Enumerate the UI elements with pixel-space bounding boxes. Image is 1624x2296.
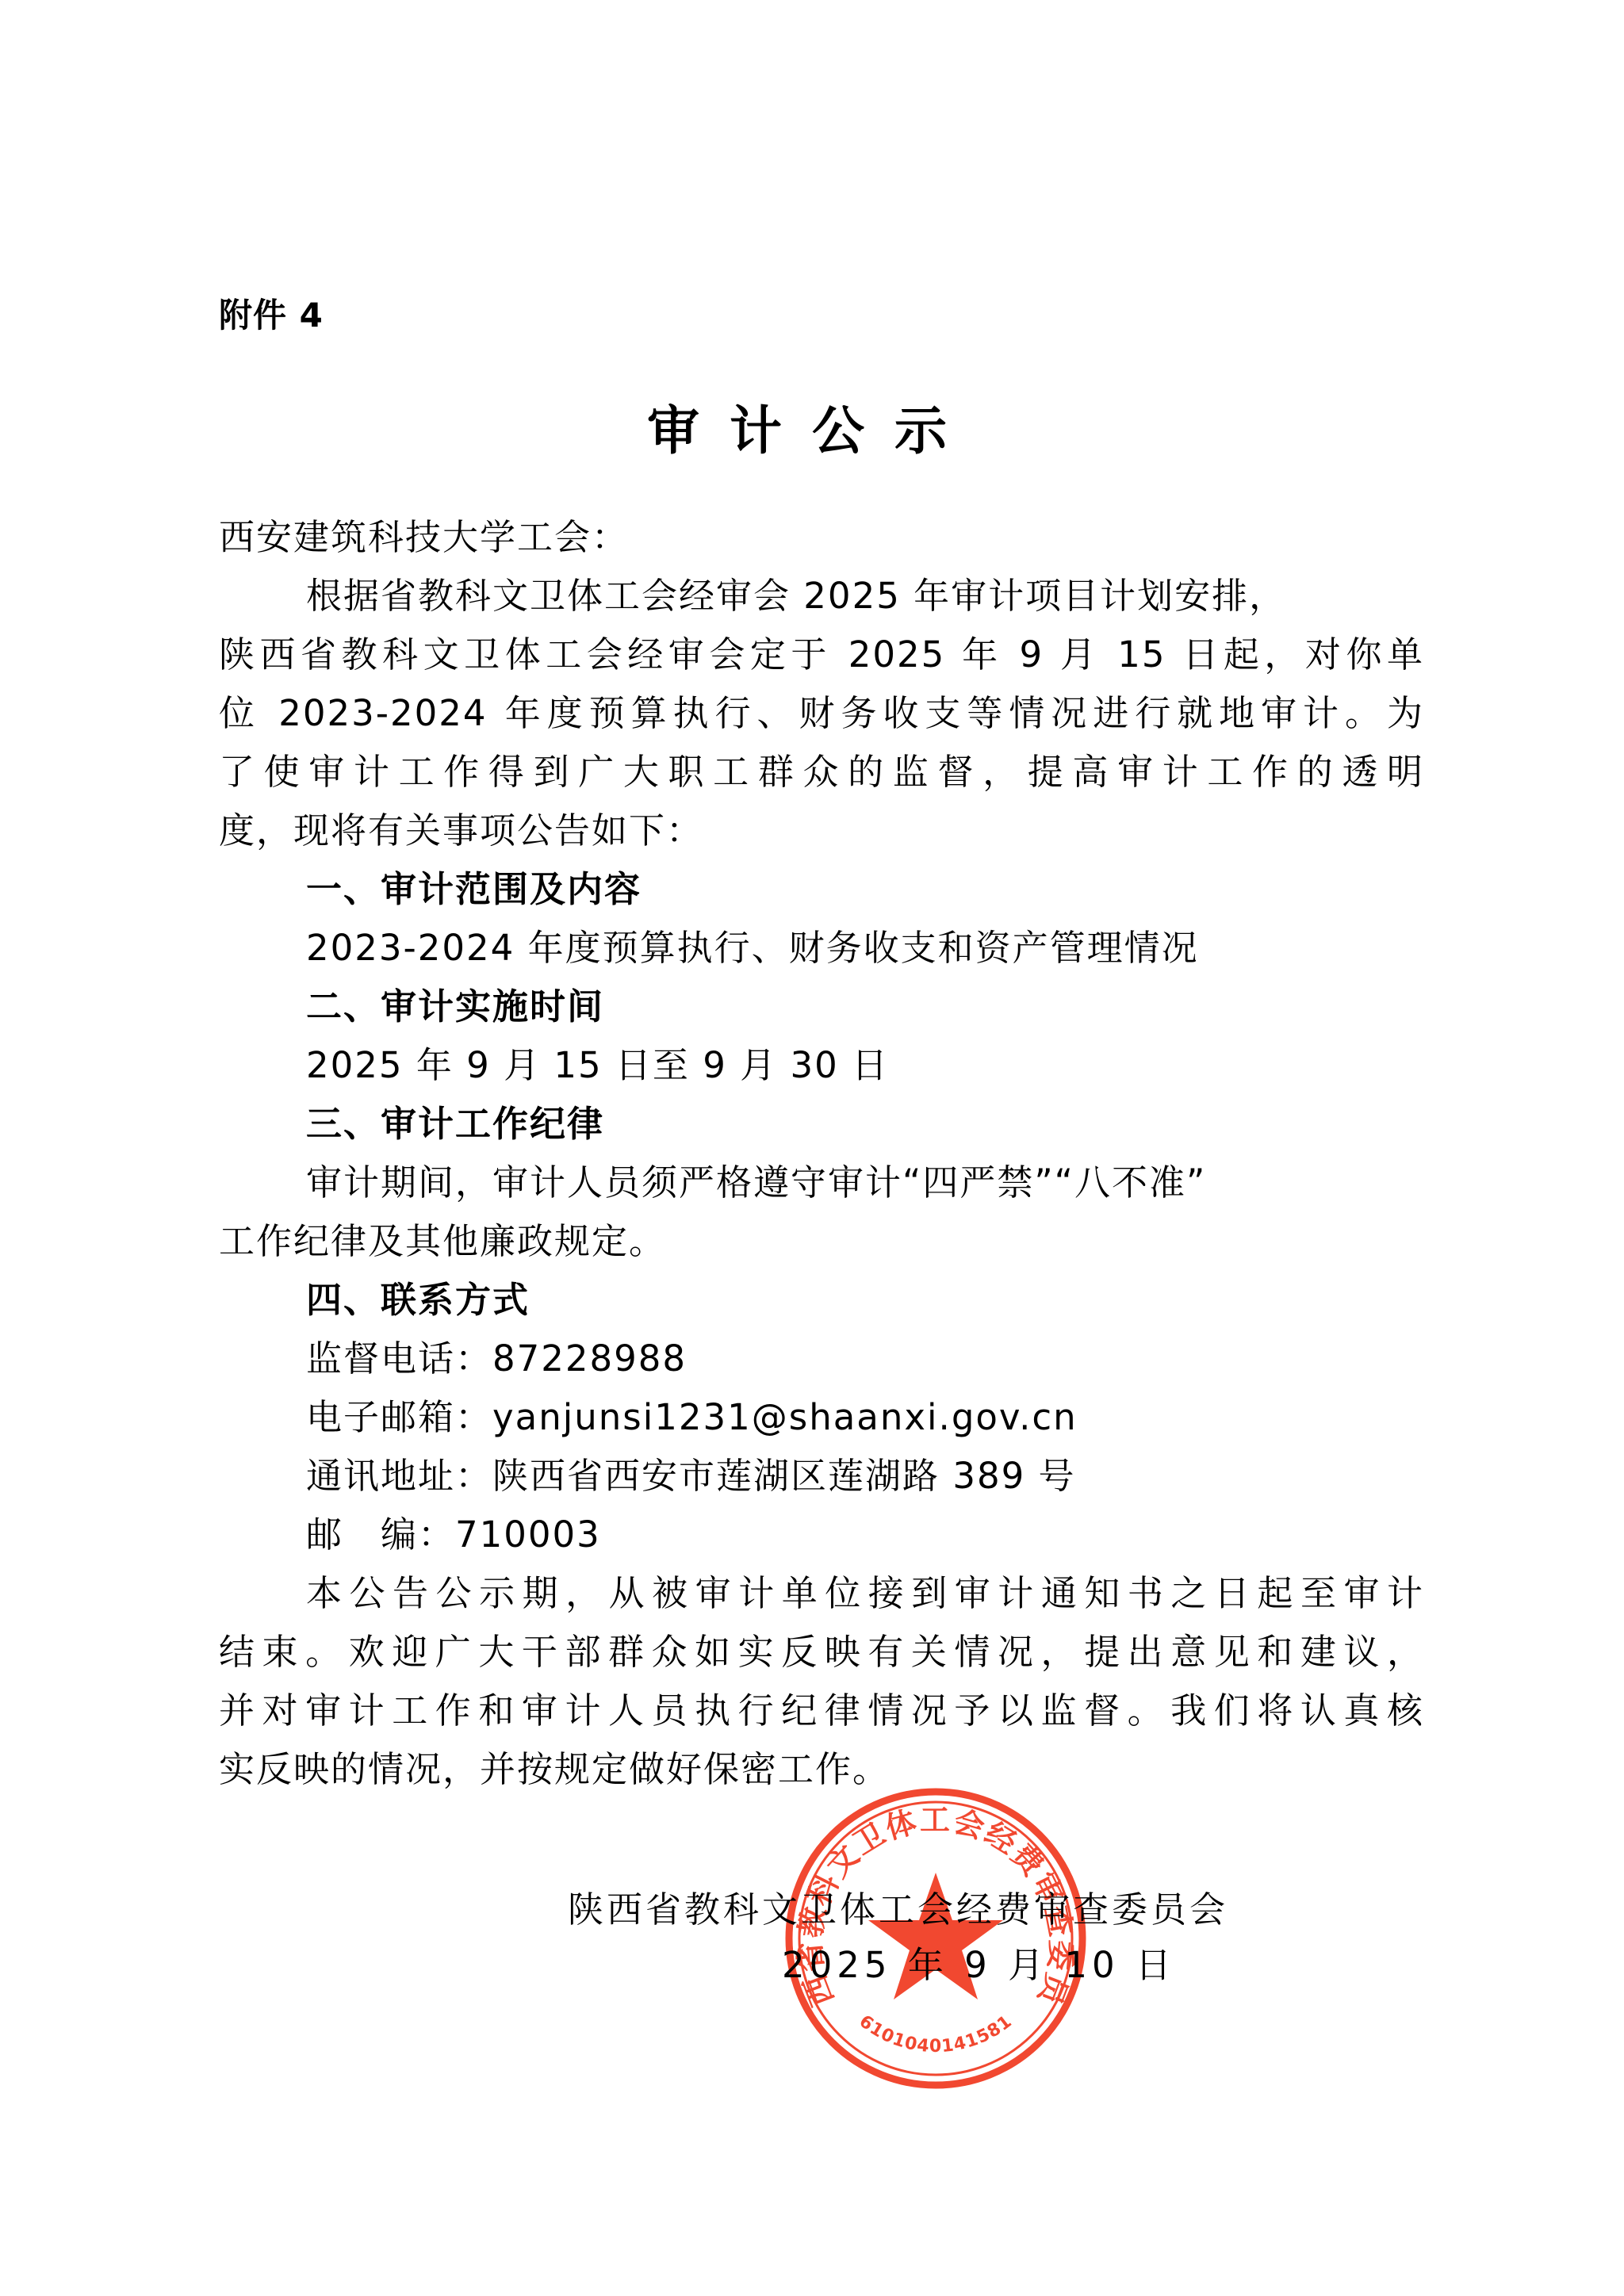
svg-text:6101040141581: 6101040141581 [856, 2011, 1017, 2057]
contact-postcode-label: 邮 编： [306, 1513, 455, 1556]
contact-address-value: 陕西省西安市莲湖区莲湖路 389 号 [492, 1455, 1076, 1497]
recipient: 西安建筑科技大学工会： [219, 514, 629, 561]
intro-line: 陕西省教科文卫体工会经审会定于 2025 年 9 月 15 日起，对你单 [219, 631, 1424, 679]
contact-phone: 监督电话：87228988 [306, 1335, 687, 1383]
contact-phone-label: 监督电话： [306, 1337, 492, 1380]
contact-address-label: 通讯地址： [306, 1455, 492, 1497]
contact-email-label: 电子邮箱： [306, 1396, 492, 1438]
section-heading-contact: 四、联系方式 [306, 1276, 530, 1324]
intro-line: 了使审计工作得到广大职工群众的监督，提高审计工作的透明 [219, 748, 1424, 796]
closing-line: 本公告公示期，从被审计单位接到审计通知书之日起至审计 [306, 1570, 1424, 1617]
section-body-discipline: 审计期间，审计人员须严格遵守审计“四严禁”“八不准” [306, 1159, 1206, 1207]
section-heading-time: 二、审计实施时间 [306, 983, 604, 1031]
contact-email: 电子邮箱：yanjunsi1231@shaanxi.gov.cn [306, 1394, 1078, 1441]
signature-organization: 陕西省教科文卫体工会经费审查委员会 [568, 1881, 1228, 1932]
contact-phone-value: 87228988 [492, 1337, 687, 1380]
intro-line: 根据省教科文卫体工会经审会 2025 年审计项目计划安排， [306, 572, 1286, 620]
intro-line: 位 2023-2024 年度预算执行、财务收支等情况进行就地审计。为 [219, 690, 1424, 737]
section-heading-discipline: 三、审计工作纪律 [306, 1100, 604, 1148]
attachment-label: 附件 4 [219, 289, 324, 337]
section-body-discipline: 工作纪律及其他廉政规定。 [219, 1218, 666, 1265]
intro-line: 度，现将有关事项公告如下： [219, 807, 703, 855]
contact-postcode: 邮 编：710003 [306, 1511, 601, 1559]
section-heading-scope: 一、审计范围及内容 [306, 866, 642, 913]
contact-address: 通讯地址：陕西省西安市莲湖区莲湖路 389 号 [306, 1452, 1076, 1500]
document-page: 附件 4 审计公示 西安建筑科技大学工会： 根据省教科文卫体工会经审会 2025… [0, 0, 1624, 2296]
section-body-time: 2025 年 9 月 15 日至 9 月 30 日 [306, 1042, 889, 1089]
closing-line: 并对审计工作和审计人员执行纪律情况予以监督。我们将认真核 [219, 1687, 1424, 1735]
section-body-scope: 2023-2024 年度预算执行、财务收支和资产管理情况 [306, 924, 1199, 972]
contact-email-value[interactable]: yanjunsi1231@shaanxi.gov.cn [492, 1396, 1078, 1438]
closing-line: 结束。欢迎广大干部群众如实反映有关情况，提出意见和建议， [219, 1628, 1424, 1676]
page-title: 审计公示 [0, 388, 1624, 464]
signature-date: 2025 年 9 月 10 日 [782, 1936, 1176, 1988]
seal-code-text: 6101040141581 [856, 2011, 1017, 2057]
contact-postcode-value: 710003 [455, 1513, 601, 1556]
